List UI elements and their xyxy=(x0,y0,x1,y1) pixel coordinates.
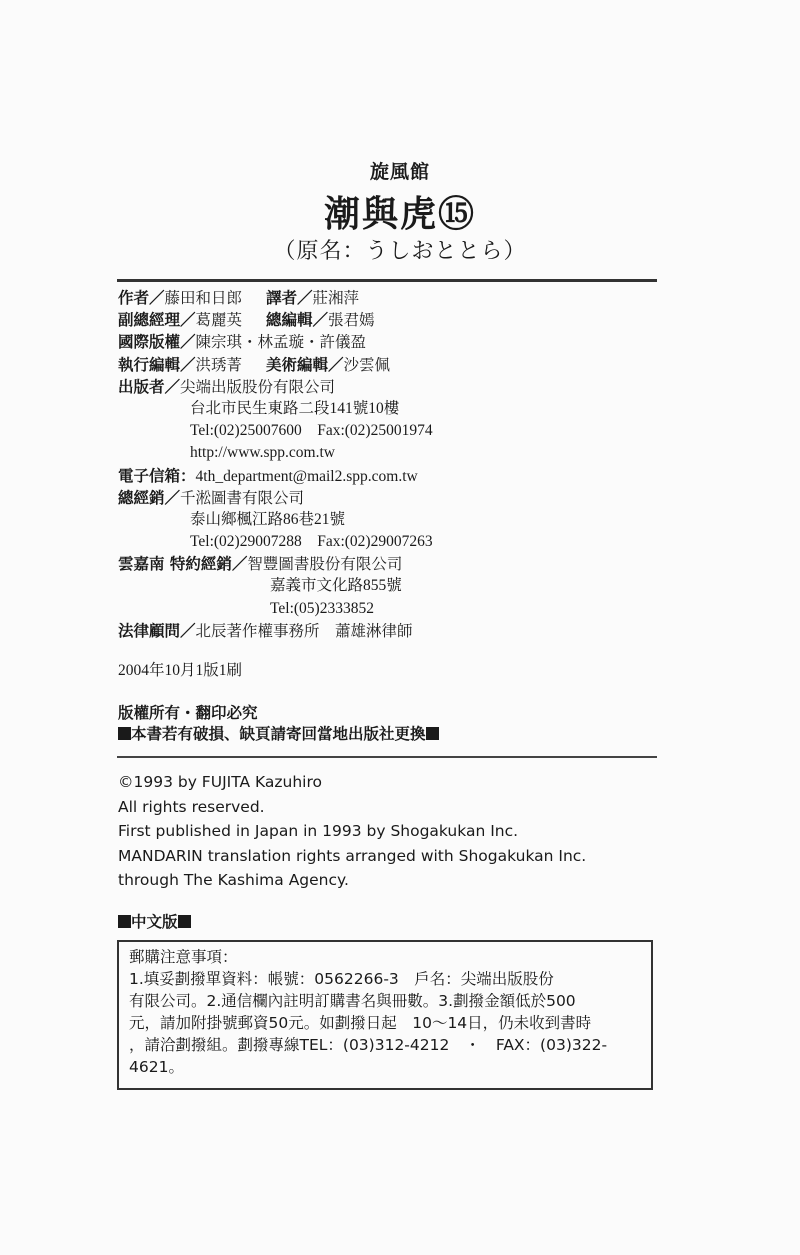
damaged-return-text: 本書若有破損、缺頁請寄回當地出版社更換 xyxy=(131,725,426,743)
publisher: 尖端出版股份有限公司 xyxy=(180,378,335,396)
distributor: 千淞圖書有限公司 xyxy=(180,489,304,507)
distributor-phone: Tel:(02)29007288 Fax:(02)29007263 xyxy=(118,531,678,553)
publisher-url[interactable]: http://www.spp.com.tw xyxy=(118,442,678,464)
credit-row-management: 副總經理／葛麗英總編輯／張君嫣 xyxy=(118,309,678,331)
translation-rights-line: MANDARIN translation rights arranged wit… xyxy=(118,844,586,869)
square-bullet-icon xyxy=(426,727,439,740)
intl-rights-label: 國際版權／ xyxy=(118,333,196,351)
damaged-return-notice: 本書若有破損、缺頁請寄回當地出版社更換 xyxy=(118,724,439,745)
mail-order-line: 元，請加附掛號郵資50元。如劃撥日起 10～14日，仍未收到書時 xyxy=(129,1012,641,1034)
rights-notice: 版權所有・翻印必究 本書若有破損、缺頁請寄回當地出版社更換 xyxy=(118,703,439,745)
intl-rights: 陳宗琪・林孟璇・許儀盈 xyxy=(196,333,367,351)
divider-middle xyxy=(117,756,657,758)
exec-editor: 洪琇菁 xyxy=(196,356,243,374)
chief-editor: 張君嫣 xyxy=(328,311,375,329)
regional-phone: Tel:(05)2333852 xyxy=(118,598,678,620)
english-copyright: ©1993 by FUJITA Kazuhiro All rights rese… xyxy=(118,770,586,893)
credit-row-editors: 執行編輯／洪琇菁美術編輯／沙雲佩 xyxy=(118,354,678,376)
edition-info: 2004年10月1版1刷 xyxy=(118,658,242,680)
email-label: 電子信箱： xyxy=(118,467,196,485)
mail-order-notice-box: 郵購注意事項： 1.填妥劃撥單資料：帳號：0562266-3 戶名：尖端出版股份… xyxy=(117,940,653,1090)
legal-counsel: 北辰著作權事務所 蕭雄淋律師 xyxy=(196,622,413,640)
publisher-imprint: 旋風館 xyxy=(0,157,800,184)
credit-row-regional: 雲嘉南 特約經銷／智豐圖書股份有限公司 xyxy=(118,553,678,575)
reserved-line: All rights reserved. xyxy=(118,795,586,820)
publisher-address: 台北市民生東路二段141號10樓 xyxy=(118,398,678,420)
publisher-label: 出版者／ xyxy=(118,378,180,396)
credit-row-intl-rights: 國際版權／陳宗琪・林孟璇・許儀盈 xyxy=(118,331,678,353)
author: 藤田和日郎 xyxy=(165,289,243,307)
credits-block: 作者／藤田和日郎譯者／莊湘萍 副總經理／葛麗英總編輯／張君嫣 國際版權／陳宗琪・… xyxy=(118,287,678,642)
distributor-label: 總經銷／ xyxy=(118,489,180,507)
regional-label: 雲嘉南 特約經銷／ xyxy=(118,555,247,573)
legal-label: 法律顧問／ xyxy=(118,622,196,640)
translator: 莊湘萍 xyxy=(313,289,360,307)
credit-row-author: 作者／藤田和日郎譯者／莊湘萍 xyxy=(118,287,678,309)
rights-reserved-cn: 版權所有・翻印必究 xyxy=(118,703,439,724)
chief-editor-label: 總編輯／ xyxy=(266,311,328,329)
mail-order-line: 1.填妥劃撥單資料：帳號：0562266-3 戶名：尖端出版股份 xyxy=(129,968,641,990)
first-published-line: First published in Japan in 1993 by Shog… xyxy=(118,819,586,844)
author-label: 作者／ xyxy=(118,289,165,307)
square-bullet-icon xyxy=(118,915,131,928)
mail-order-line: ，請洽劃撥組。劃撥專線TEL：(03)312-4212 ・ FAX：(03)32… xyxy=(129,1034,641,1056)
mail-order-line: 有限公司。2.通信欄內註明訂購書名與冊數。3.劃撥金額低於500 xyxy=(129,990,641,1012)
square-bullet-icon xyxy=(118,727,131,740)
book-title: 潮與虎⑮ xyxy=(0,186,800,237)
distributor-address: 泰山鄉楓江路86巷21號 xyxy=(118,509,678,531)
publisher-phone: Tel:(02)25007600 Fax:(02)25001974 xyxy=(118,420,678,442)
credit-row-legal: 法律顧問／北辰著作權事務所 蕭雄淋律師 xyxy=(118,620,678,642)
chinese-edition-text: 中文版 xyxy=(131,913,178,931)
mail-order-line: 4621。 xyxy=(129,1056,641,1078)
deputy-gm-label: 副總經理／ xyxy=(118,311,196,329)
square-bullet-icon xyxy=(178,915,191,928)
art-editor: 沙雲佩 xyxy=(344,356,391,374)
chinese-edition-label: 中文版 xyxy=(118,910,191,932)
deputy-gm: 葛麗英 xyxy=(196,311,243,329)
regional-distributor: 智豐圖書股份有限公司 xyxy=(247,555,402,573)
original-title: （原名：うしおととら） xyxy=(0,234,800,265)
copyright-line: ©1993 by FUJITA Kazuhiro xyxy=(118,770,586,795)
email-address[interactable]: 4th_department@mail2.spp.com.tw xyxy=(196,468,418,485)
credit-row-publisher: 出版者／尖端出版股份有限公司 xyxy=(118,376,678,398)
regional-address: 嘉義市文化路855號 xyxy=(118,575,678,597)
agency-line: through The Kashima Agency. xyxy=(118,868,586,893)
divider-top xyxy=(117,279,657,282)
translator-label: 譯者／ xyxy=(266,289,313,307)
art-editor-label: 美術編輯／ xyxy=(266,356,344,374)
mail-order-title: 郵購注意事項： xyxy=(129,946,641,968)
credit-row-email: 電子信箱：4th_department@mail2.spp.com.tw xyxy=(118,465,678,487)
exec-editor-label: 執行編輯／ xyxy=(118,356,196,374)
credit-row-distributor: 總經銷／千淞圖書有限公司 xyxy=(118,487,678,509)
